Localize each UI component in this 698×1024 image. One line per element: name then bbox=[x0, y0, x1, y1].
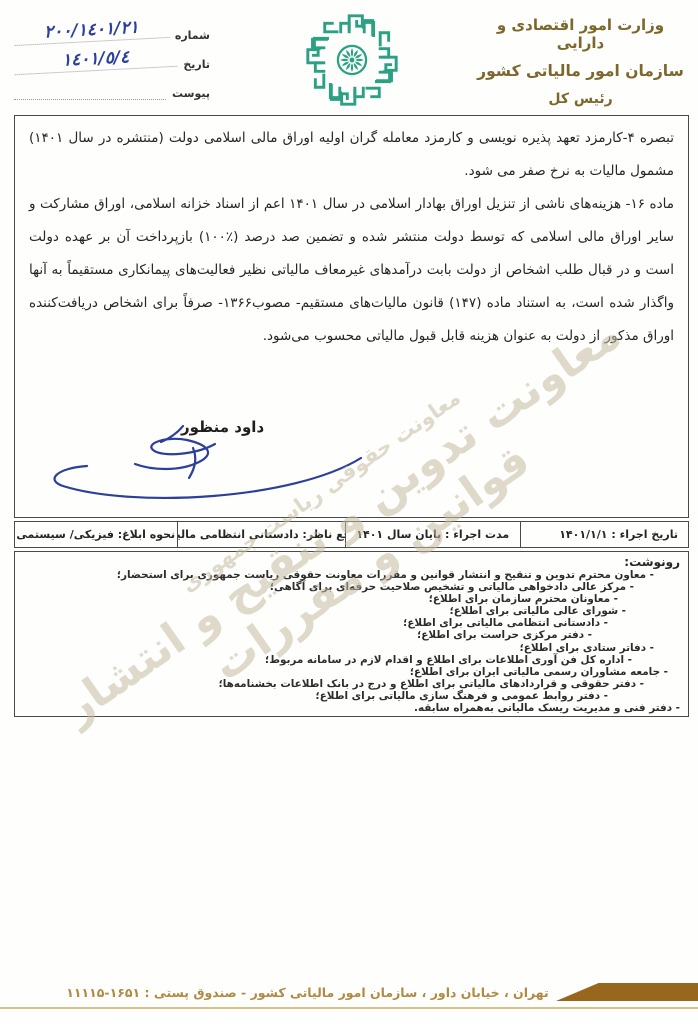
body-paragraph-article16: ماده ۱۶- هزینه‌های ناشی از تنزیل اوراق ب… bbox=[29, 188, 674, 353]
attachment-dotted-line bbox=[14, 87, 166, 100]
attachment-label: پیوست bbox=[172, 87, 210, 100]
cc-item: دفتر فنی و مدیریت ریسک مالیاتی به‌همراه … bbox=[23, 702, 680, 714]
meta-cell-execution-duration: مدت اجراء : پایان سال ۱۴۰۱ bbox=[345, 522, 520, 547]
footer-rule-line bbox=[0, 1007, 698, 1009]
footer-address: تهران ، خیابان داور ، سازمان امور مالیات… bbox=[60, 985, 555, 1000]
cc-item: مرکز عالی دادخواهی مالیاتی و تشخیص صلاحی… bbox=[23, 581, 680, 593]
cc-item: دفتر مرکزی حراست برای اطلاع؛ bbox=[23, 629, 680, 641]
cc-title: رونوشت: bbox=[23, 555, 680, 569]
letterhead-titles: وزارت امور اقتصادی و دارایی سازمان امور … bbox=[473, 16, 688, 107]
cc-item: معاونان محترم سازمان برای اطلاع؛ bbox=[23, 593, 680, 605]
organization-title: سازمان امور مالیاتی کشور bbox=[473, 62, 688, 80]
attachment-row: پیوست bbox=[14, 78, 210, 100]
cc-item: دفاتر ستادی برای اطلاع؛ bbox=[23, 642, 680, 654]
signatory-role-title: رئیس کل bbox=[473, 91, 688, 107]
ministry-title: وزارت امور اقتصادی و دارایی bbox=[473, 16, 688, 52]
number-handwritten-value: ٢٠٠/١٤٠١/٢١ bbox=[14, 16, 170, 46]
date-row: تاریخ ١٤٠١/٥/٤ bbox=[14, 49, 210, 71]
cc-item: دفتر روابط عمومی و فرهنگ سازی مالیاتی بر… bbox=[23, 690, 680, 702]
cc-list-box: رونوشت: معاون محترم تدوین و تنقیح و انتش… bbox=[14, 551, 689, 717]
cc-item: دادستانی انتظامی مالیاتی برای اطلاع؛ bbox=[23, 617, 680, 629]
letterhead-reference-block: شماره ٢٠٠/١٤٠١/٢١ تاریخ ١٤٠١/٥/٤ پیوست bbox=[14, 20, 210, 107]
cc-item: جامعه مشاوران رسمی مالیاتی ایران برای اط… bbox=[23, 666, 680, 678]
cc-item: دفتر حقوقی و قراردادهای مالیاتی برای اطل… bbox=[23, 678, 680, 690]
meta-cell-execution-date: تاریخ اجراء : ۱۴۰۱/۱/۱ bbox=[520, 522, 688, 547]
number-label: شماره bbox=[175, 29, 210, 42]
signatory-name: داود منظور bbox=[181, 418, 264, 436]
date-label: تاریخ bbox=[183, 58, 210, 71]
circular-body-box: تبصره ۴-کارمزد تعهد پذیره نویسی و کارمزد… bbox=[14, 115, 689, 518]
footer-brown-band bbox=[556, 983, 698, 1001]
document-page: شماره ٢٠٠/١٤٠١/٢١ تاریخ ١٤٠١/٥/٤ پیوست bbox=[0, 0, 698, 1024]
number-row: شماره ٢٠٠/١٤٠١/٢١ bbox=[14, 20, 210, 42]
meta-cell-supervising-authority: مرجع ناظر: دادستانی انتظامی مالیاتی bbox=[177, 522, 345, 547]
cc-item: معاون محترم تدوین و تنقیح و انتشار قوانی… bbox=[23, 569, 680, 581]
cc-item: اداره کل فن آوری اطلاعات برای اطلاع و اق… bbox=[23, 654, 680, 666]
tax-organization-emblem-icon bbox=[303, 13, 401, 107]
body-paragraph-note4: تبصره ۴-کارمزد تعهد پذیره نویسی و کارمزد… bbox=[29, 122, 674, 188]
meta-cell-notification-method: نحوه ابلاغ: فیزیکی/ سیستمی bbox=[15, 522, 177, 547]
execution-meta-table: تاریخ اجراء : ۱۴۰۱/۱/۱ مدت اجراء : پایان… bbox=[14, 521, 689, 548]
signature-block: داود منظور bbox=[43, 404, 373, 516]
date-handwritten-value: ١٤٠١/٥/٤ bbox=[14, 45, 178, 76]
cc-item: شورای عالی مالیاتی برای اطلاع؛ bbox=[23, 605, 680, 617]
